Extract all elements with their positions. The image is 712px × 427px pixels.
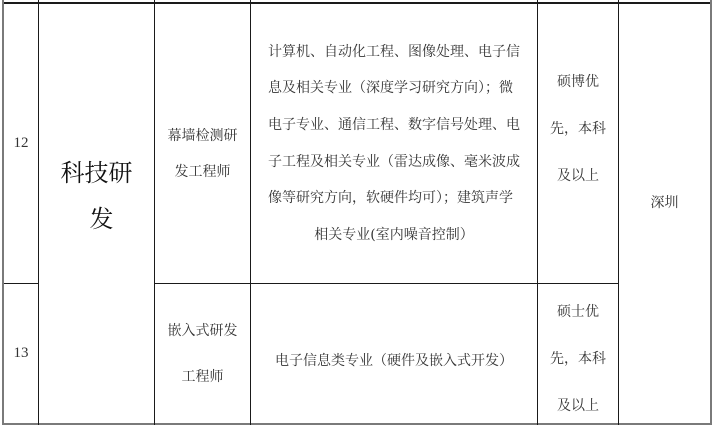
row-index-value: 12 [14,135,29,152]
category-cell: 科技研 发 [39,150,154,270]
education-line: 硕博优 [550,59,606,106]
position-line: 嵌入式研发 [168,308,238,354]
job-table: 12 科技研 发 幕墙检测研 发工程师 计算机、自动化工程、图像处理、电子信 息… [0,0,712,427]
position-line: 发工程师 [168,154,238,190]
major-line: 电子信息类专业（硬件及嵌入式开发） [275,343,513,379]
position-line: 工程师 [168,354,238,400]
position-cell: 嵌入式研发 工程师 [155,284,250,423]
education-line: 及以上 [550,383,606,427]
education-line: 及以上 [550,153,606,200]
location-value: 深圳 [651,185,679,221]
major-line: 计算机、自动化工程、图像处理、电子信 [268,34,520,71]
position-cell: 幕墙检测研 发工程师 [155,4,250,283]
major-requirements-cell: 计算机、自动化工程、图像处理、电子信 息及相关专业（深度学习研究方向）；微 电子… [251,4,537,283]
major-line: 像等研究方向，软硬件均可）；建筑声学 [268,180,520,217]
location-cell: 深圳 [619,4,710,423]
row-index: 13 [4,284,38,423]
major-line: 电子专业、通信工程、数字信号处理、电 [268,107,520,144]
education-line: 先，本科 [550,106,606,153]
major-line: 相关专业(室内噪音控制） [268,217,520,254]
category-line: 科技研 [61,150,133,196]
education-line: 硕士优 [550,289,606,336]
major-line: 息及相关专业（深度学习研究方向）；微 [268,70,520,107]
row-index: 12 [4,4,38,283]
education-line: 先，本科 [550,336,606,383]
education-cell: 硕博优 先，本科 及以上 [538,4,618,283]
major-requirements-cell: 电子信息类专业（硬件及嵌入式开发） [251,284,537,423]
row-index-value: 13 [14,345,29,362]
education-cell: 硕士优 先，本科 及以上 [538,284,618,423]
position-line: 幕墙检测研 [168,118,238,154]
major-line: 子工程及相关专业（雷达成像、毫米波成 [268,144,520,181]
category-line: 发 [61,196,133,242]
